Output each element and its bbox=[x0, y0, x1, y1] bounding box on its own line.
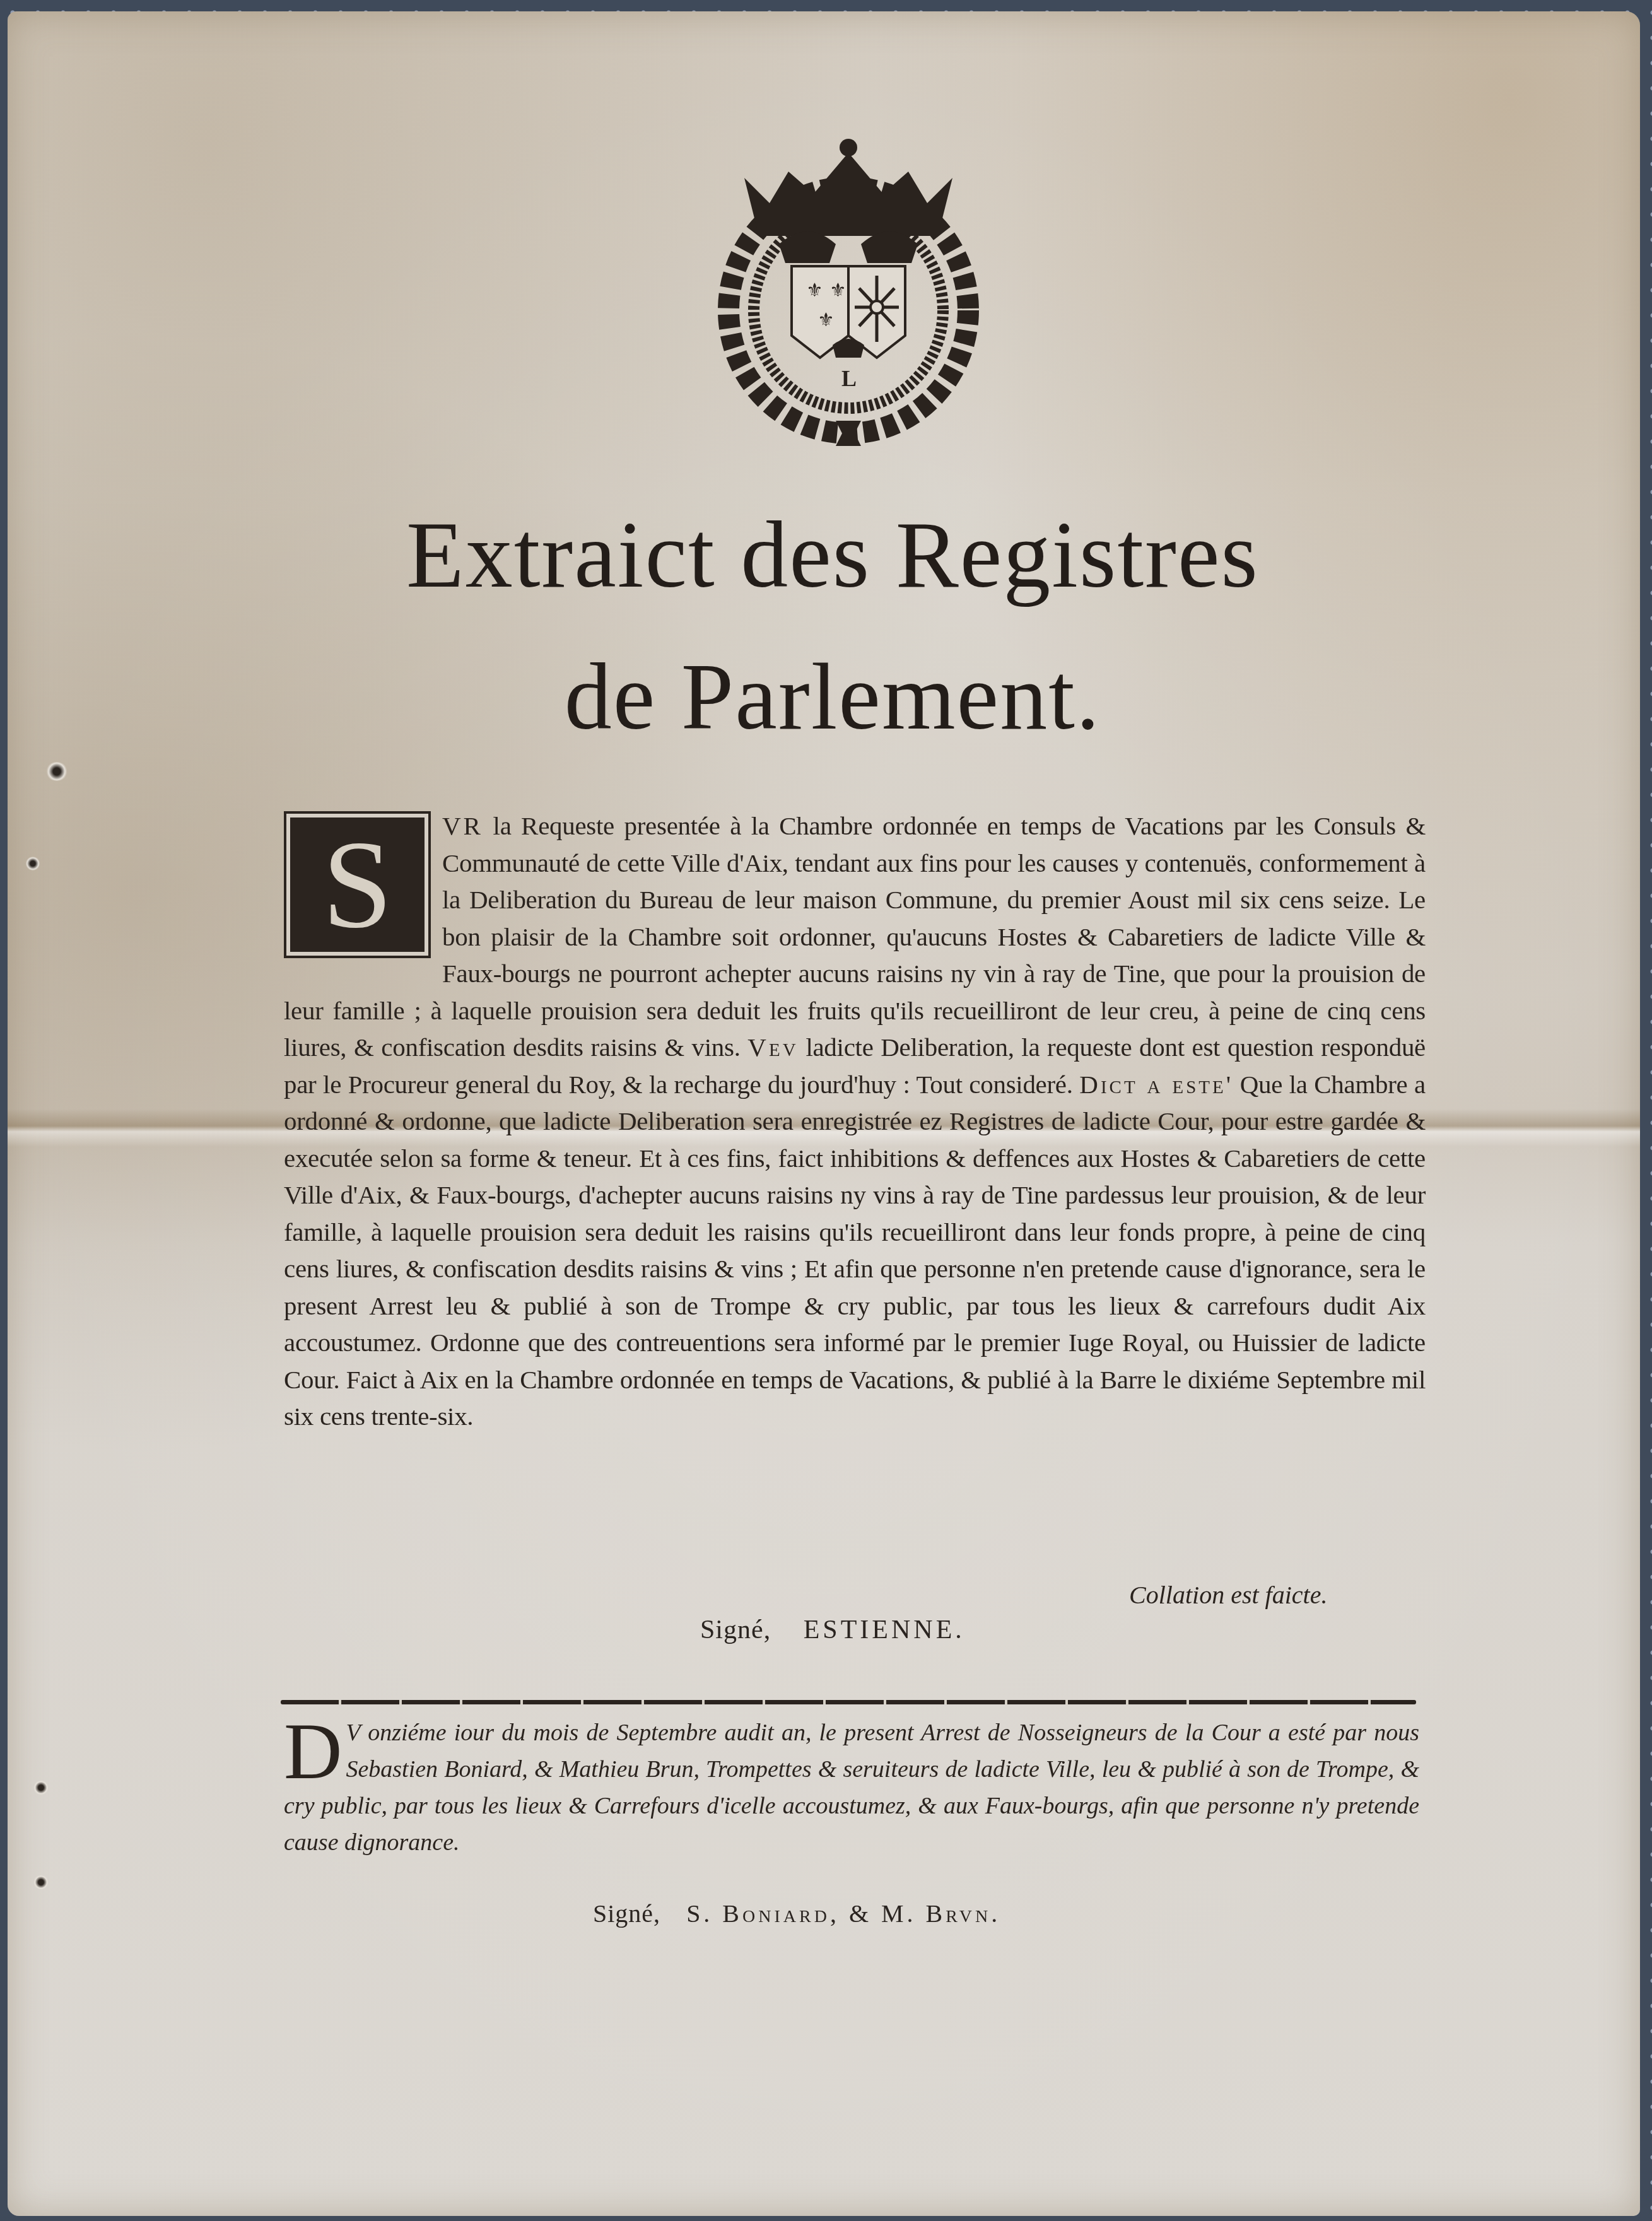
veu-phrase: Vev bbox=[747, 1033, 798, 1062]
signature-estienne: Signé, ESTIENNE. bbox=[700, 1615, 965, 1645]
signature-label: Signé, bbox=[700, 1615, 771, 1644]
binding-hole bbox=[25, 857, 40, 870]
publication-notice: D V onziéme iour du mois de Septembre au… bbox=[284, 1714, 1419, 1861]
notice-text: V onziéme iour du mois de Septembre audi… bbox=[284, 1720, 1419, 1856]
royal-coat-of-arms-icon: ⚜ ⚜ ⚜ L bbox=[700, 134, 997, 449]
svg-text:L: L bbox=[841, 366, 857, 391]
signatory-names: S. Boniard, & M. Brvn. bbox=[686, 1899, 1000, 1928]
svg-text:⚜: ⚜ bbox=[829, 280, 847, 301]
decree-opening: VR bbox=[442, 811, 483, 840]
ornamental-drop-cap: S bbox=[284, 811, 431, 958]
signatory-name: ESTIENNE. bbox=[804, 1615, 965, 1644]
signature-boniard-brun: Signé, S. Boniard, & M. Brvn. bbox=[593, 1899, 1000, 1928]
notice-drop-cap: D bbox=[284, 1717, 342, 1785]
binding-hole bbox=[45, 762, 68, 781]
divider-rule bbox=[281, 1700, 1416, 1704]
binding-hole bbox=[33, 1875, 49, 1889]
svg-text:⚜: ⚜ bbox=[806, 280, 823, 301]
svg-text:⚜: ⚜ bbox=[817, 310, 835, 331]
document-subtitle: de Parlement. bbox=[240, 650, 1426, 744]
binding-hole bbox=[33, 1781, 49, 1795]
signature-label: Signé, bbox=[593, 1899, 660, 1928]
decree-body-part1: la Requeste presentée à la Chambre ordon… bbox=[284, 811, 1426, 1062]
document-title: Extraict des Registres bbox=[240, 508, 1426, 602]
decree-body-part3: Que la Chambre a ordonné & ordonne, que … bbox=[284, 1070, 1426, 1431]
decree-text: S VR la Requeste presentée à la Chambre … bbox=[284, 807, 1426, 1435]
collation-note: Collation est faicte. bbox=[1129, 1580, 1327, 1610]
dict-a-este-phrase: Dict a este' bbox=[1079, 1070, 1233, 1099]
